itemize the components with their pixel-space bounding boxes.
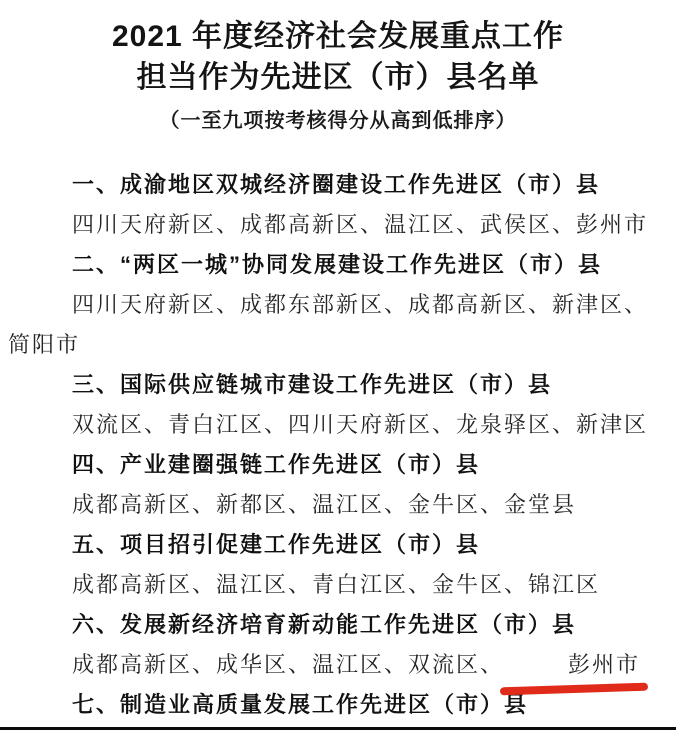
section-2-list: 四川天府新区、成都东部新区、成都高新区、新津区、简阳市 [8,285,668,365]
highlighted-city: 彭州市 [504,645,640,685]
highlighted-city-text: 彭州市 [568,652,640,677]
section-4-list: 成都高新区、新都区、温江区、金牛区、金堂县 [8,485,668,525]
section-3-heading: 三、国际供应链城市建设工作先进区（市）县 [8,365,668,405]
section-5: 五、项目招引促建工作先进区（市）县 成都高新区、温江区、青白江区、金牛区、锦江区 [8,525,668,605]
section-2-heading: 二、“两区一城”协同发展建设工作先进区（市）县 [8,245,668,285]
section-1-list: 四川天府新区、成都高新区、温江区、武侯区、彭州市 [8,205,668,245]
document-page: 2021 年度经济社会发展重点工作 担当作为先进区（市）县名单 （一至九项按考核… [0,0,676,734]
section-6-list: 成都高新区、成华区、温江区、双流区、彭州市 [8,645,668,685]
section-1: 一、成渝地区双城经济圈建设工作先进区（市）县 四川天府新区、成都高新区、温江区、… [8,165,668,245]
section-6-heading: 六、发展新经济培育新动能工作先进区（市）县 [8,605,668,645]
bottom-edge-line [0,727,676,730]
section-4-heading: 四、产业建圈强链工作先进区（市）县 [8,445,668,485]
section-6: 六、发展新经济培育新动能工作先进区（市）县 成都高新区、成华区、温江区、双流区、… [8,605,668,685]
section-5-list: 成都高新区、温江区、青白江区、金牛区、锦江区 [8,565,668,605]
document-header: 2021 年度经济社会发展重点工作 担当作为先进区（市）县名单 （一至九项按考核… [0,0,676,135]
section-1-heading: 一、成渝地区双城经济圈建设工作先进区（市）县 [8,165,668,205]
section-5-heading: 五、项目招引促建工作先进区（市）县 [8,525,668,565]
page-title-line-2: 担当作为先进区（市）县名单 [0,57,676,98]
document-body: 一、成渝地区双城经济圈建设工作先进区（市）县 四川天府新区、成都高新区、温江区、… [0,165,676,725]
page-subtitle: （一至九项按考核得分从高到低排序） [0,108,676,135]
section-4: 四、产业建圈强链工作先进区（市）县 成都高新区、新都区、温江区、金牛区、金堂县 [8,445,668,525]
section-3-list: 双流区、青白江区、四川天府新区、龙泉驿区、新津区 [8,405,668,445]
section-6-list-prefix: 成都高新区、成华区、温江区、双流区、 [72,652,504,677]
page-title-line-1: 2021 年度经济社会发展重点工作 [0,16,676,57]
section-2: 二、“两区一城”协同发展建设工作先进区（市）县 四川天府新区、成都东部新区、成都… [8,245,668,365]
section-3: 三、国际供应链城市建设工作先进区（市）县 双流区、青白江区、四川天府新区、龙泉驿… [8,365,668,445]
